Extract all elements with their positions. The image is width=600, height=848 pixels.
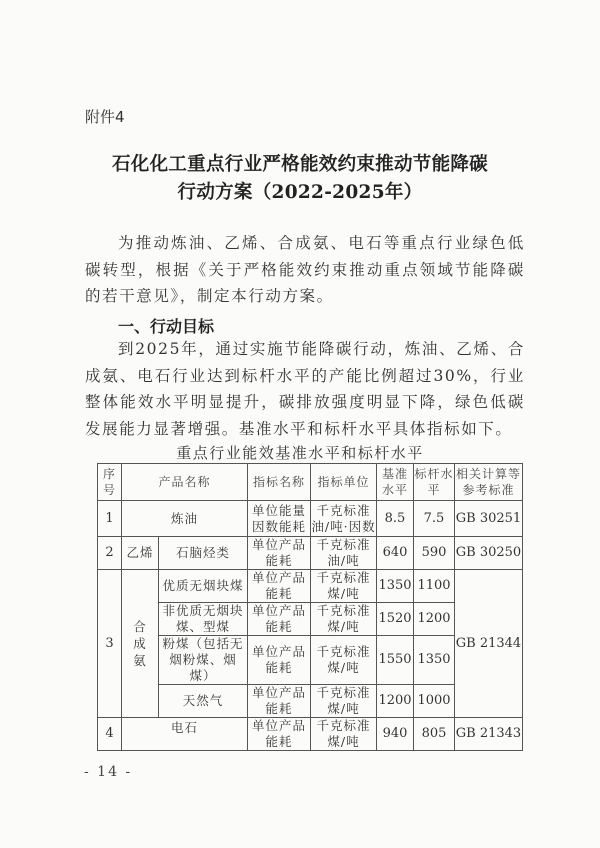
cell-baseline: 1200 — [377, 685, 414, 718]
attachment-label: 附件4 — [85, 106, 125, 127]
document-title-line2: 行动方案（2022-2025年） — [0, 178, 600, 204]
header-indicator: 指标名称 — [248, 464, 311, 501]
header-benchmark: 标杆水平 — [414, 464, 455, 501]
cell-benchmark: 1100 — [414, 570, 455, 603]
cell-benchmark: 805 — [414, 718, 455, 751]
header-standard: 相关计算等参考标准 — [455, 464, 523, 501]
table-row: 3 合成氨 优质无烟块煤 单位产品能耗 千克标准煤/吨 1350 1100 GB… — [98, 570, 523, 603]
cell-seq: 2 — [98, 537, 122, 570]
cell-unit: 千克标准煤/吨 — [311, 636, 377, 685]
cell-standard: GB 21344 — [455, 570, 523, 718]
cell-baseline: 1350 — [377, 570, 414, 603]
cell-indicator: 单位产品能耗 — [248, 636, 311, 685]
cell-unit: 千克标准煤/吨 — [311, 685, 377, 718]
cell-standard: GB 30251 — [455, 501, 523, 537]
cell-unit: 千克标准煤/吨 — [311, 718, 377, 751]
cell-indicator: 单位能量因数能耗 — [248, 501, 311, 537]
cell-benchmark: 1200 — [414, 603, 455, 636]
section-heading-goals: 一、行动目标 — [118, 314, 214, 337]
header-product: 产品名称 — [122, 464, 248, 501]
table-title: 重点行业能效基准水平和标杆水平 — [0, 442, 600, 463]
cell-category: 乙烯 — [122, 537, 159, 570]
header-seq: 序号 — [98, 464, 122, 501]
cell-unit: 千克标准煤/吨 — [311, 570, 377, 603]
cell-product: 石脑烃类 — [159, 537, 248, 570]
header-unit: 指标单位 — [311, 464, 377, 501]
cell-category: 合成氨 — [122, 570, 159, 718]
table-row: 1 炼油 单位能量因数能耗 千克标准油/吨·因数 8.5 7.5 GB 3025… — [98, 501, 523, 537]
cell-product: 电石 — [122, 718, 248, 751]
cell-seq: 1 — [98, 501, 122, 537]
energy-efficiency-table: 序号 产品名称 指标名称 指标单位 基准水平 标杆水平 相关计算等参考标准 1 … — [97, 463, 523, 751]
cell-unit: 千克标准油/吨·因数 — [311, 501, 377, 537]
cell-baseline: 640 — [377, 537, 414, 570]
cell-baseline: 1550 — [377, 636, 414, 685]
cell-standard: GB 21343 — [455, 718, 523, 751]
table-row: 4 电石 单位产品能耗 千克标准煤/吨 940 805 GB 21343 — [98, 718, 523, 751]
cell-standard: GB 30250 — [455, 537, 523, 570]
document-title-line1: 石化化工重点行业严格能效约束推动节能降碳 — [0, 150, 600, 176]
cell-baseline: 8.5 — [377, 501, 414, 537]
cell-unit: 千克标准油/吨 — [311, 537, 377, 570]
cell-indicator: 单位产品能耗 — [248, 537, 311, 570]
table-row: 2 乙烯 石脑烃类 单位产品能耗 千克标准油/吨 640 590 GB 3025… — [98, 537, 523, 570]
cell-product: 炼油 — [122, 501, 248, 537]
cell-indicator: 单位产品能耗 — [248, 603, 311, 636]
cell-product: 天然气 — [159, 685, 248, 718]
cell-unit: 千克标准煤/吨 — [311, 603, 377, 636]
cell-baseline: 940 — [377, 718, 414, 751]
cell-product: 优质无烟块煤 — [159, 570, 248, 603]
cell-baseline: 1520 — [377, 603, 414, 636]
cell-product: 粉煤（包括无烟粉煤、烟煤） — [159, 636, 248, 685]
cell-benchmark: 1000 — [414, 685, 455, 718]
cell-indicator: 单位产品能耗 — [248, 570, 311, 603]
cell-seq: 4 — [98, 718, 122, 751]
cell-product: 非优质无烟块煤、型煤 — [159, 603, 248, 636]
cell-seq: 3 — [98, 570, 122, 718]
goals-paragraph: 到2025年，通过实施节能降碳行动，炼油、乙烯、合成氨、电石行业达到标杆水平的产… — [85, 336, 525, 442]
table-header-row: 序号 产品名称 指标名称 指标单位 基准水平 标杆水平 相关计算等参考标准 — [98, 464, 523, 501]
cell-benchmark: 1350 — [414, 636, 455, 685]
cell-benchmark: 590 — [414, 537, 455, 570]
page-number: - 14 - — [84, 764, 132, 780]
cell-indicator: 单位产品能耗 — [248, 718, 311, 751]
cell-benchmark: 7.5 — [414, 501, 455, 537]
cell-indicator: 单位产品能耗 — [248, 685, 311, 718]
header-baseline: 基准水平 — [377, 464, 414, 501]
intro-paragraph: 为推动炼油、乙烯、合成氨、电石等重点行业绿色低碳转型，根据《关于严格能效约束推动… — [85, 230, 525, 310]
